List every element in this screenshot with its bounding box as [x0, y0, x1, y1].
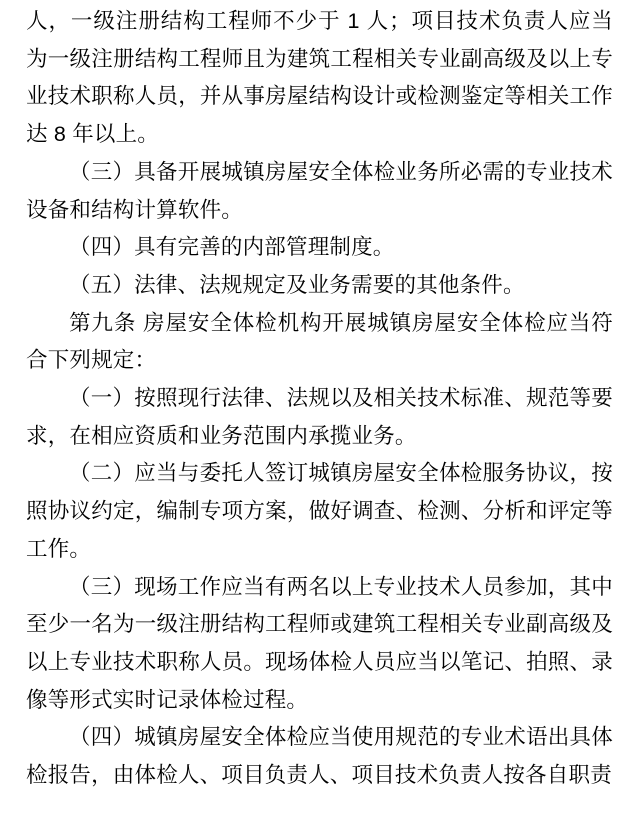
paragraph: （三）具备开展城镇房屋安全体检业务所必需的专业技术设备和结构计算软件。	[26, 154, 613, 229]
paragraph: （四）城镇房屋安全体检应当使用规范的专业术语出具体检报告，由体检人、项目负责人、…	[26, 719, 613, 794]
paragraph: （三）现场工作应当有两名以上专业技术人员参加，其中至少一名为一级注册结构工程师或…	[26, 569, 613, 720]
paragraph: 第九条 房屋安全体检机构开展城镇房屋安全体检应当符合下列规定：	[26, 305, 613, 380]
document-page: 人，一级注册结构工程师不少于 1 人；项目技术负责人应当为一级注册结构工程师且为…	[0, 0, 640, 828]
paragraph: （一）按照现行法律、法规以及相关技术标准、规范等要求，在相应资质和业务范围内承揽…	[26, 380, 613, 455]
paragraph: （二）应当与委托人签订城镇房屋安全体检服务协议，按照协议约定，编制专项方案，做好…	[26, 455, 613, 568]
paragraph: 人，一级注册结构工程师不少于 1 人；项目技术负责人应当为一级注册结构工程师且为…	[26, 3, 613, 154]
paragraph: （四）具有完善的内部管理制度。	[26, 229, 613, 267]
paragraph: （五）法律、法规规定及业务需要的其他条件。	[26, 267, 613, 305]
